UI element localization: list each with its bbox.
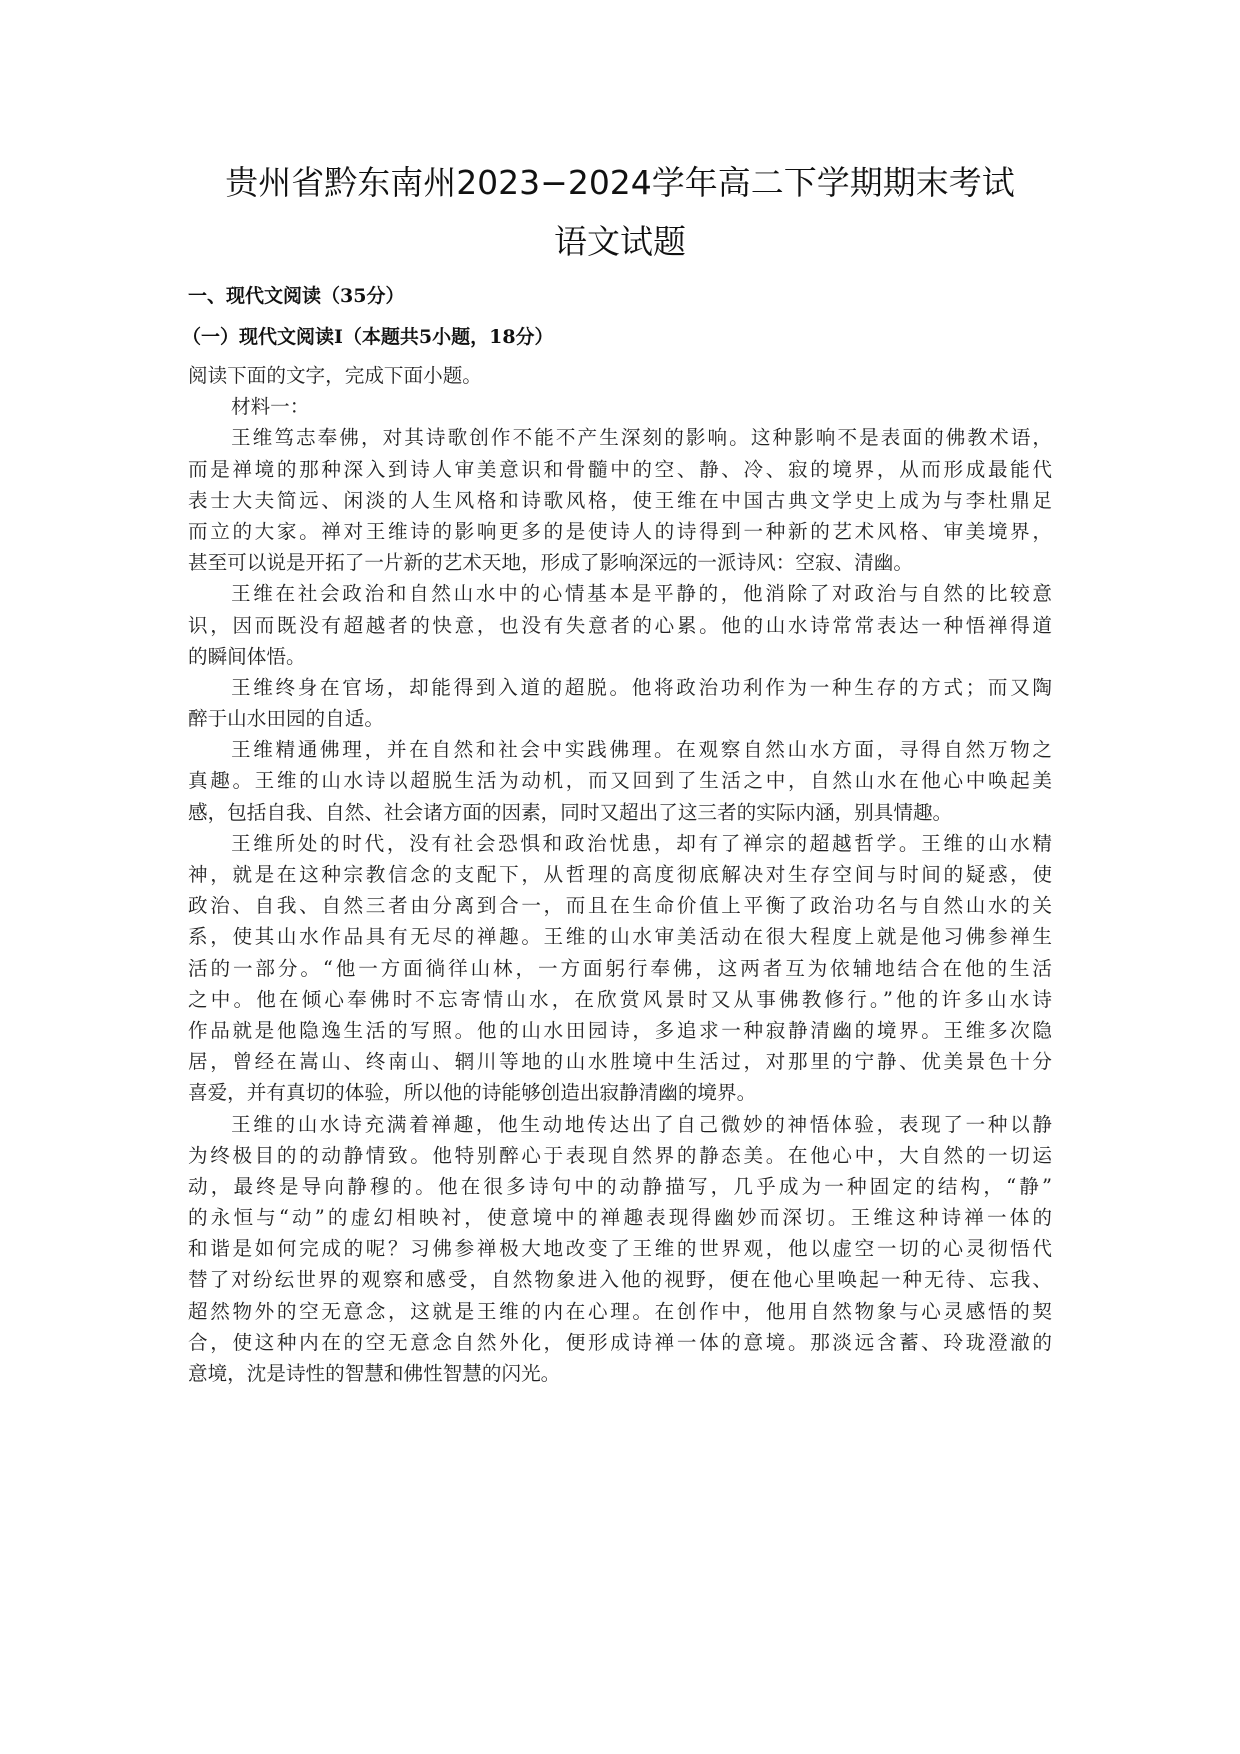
paragraph-3: 王维终身在官场，却能得到入道的超脱。他将政治功利作为一种生存的方式；而又陶 醉于… — [188, 672, 1052, 734]
paragraph-line: 而立的大家。禅对王维诗的影响更多的是使诗人的诗得到一种新的艺术风格、审美境界， — [188, 516, 1052, 547]
paragraph-line: 之中。他在倾心奉佛时不忘寄情山水，在欣赏风景时又从事佛教修行。”他的许多山水诗 — [188, 984, 1052, 1015]
paragraph-line: 动，最终是导向静穆的。他在很多诗句中的动静描写，几乎成为一种固定的结构，“静” — [188, 1171, 1052, 1202]
exam-title: 贵州省黔东南州2023−2024学年高二下学期期末考试 — [188, 163, 1052, 203]
paragraph-line: 和谐是如何完成的呢？习佛参禅极大地改变了王维的世界观，他以虚空一切的心灵彻悟代 — [188, 1233, 1052, 1264]
paragraph-line: 喜爱，并有真切的体验，所以他的诗能够创造出寂静清幽的境界。 — [188, 1077, 1052, 1108]
paragraph-line: 超然物外的空无意念，这就是王维的内在心理。在创作中，他用自然物象与心灵感悟的契 — [188, 1296, 1052, 1327]
subsection-heading: （一）现代文阅读Ⅰ（本题共5小题，18分） — [182, 325, 554, 349]
paragraph-2: 王维在社会政治和自然山水中的心情基本是平静的，他消除了对政治与自然的比较意 识，… — [188, 578, 1052, 672]
paragraph-line: 甚至可以说是开拓了一片新的艺术天地，形成了影响深远的一派诗风：空寂、清幽。 — [188, 547, 1052, 578]
paragraph-line: 王维所处的时代，没有社会恐惧和政治忧患，却有了禅宗的超越哲学。王维的山水精 — [188, 828, 1052, 859]
paragraph-5: 王维所处的时代，没有社会恐惧和政治忧患，却有了禅宗的超越哲学。王维的山水精 神，… — [188, 828, 1052, 1109]
paragraph-line: 王维在社会政治和自然山水中的心情基本是平静的，他消除了对政治与自然的比较意 — [188, 578, 1052, 609]
paragraph-line: 表士大夫简远、闲淡的人生风格和诗歌风格，使王维在中国古典文学史上成为与李杜鼎足 — [188, 485, 1052, 516]
paragraph-line: 真趣。王维的山水诗以超脱生活为动机，而又回到了生活之中，自然山水在他心中唤起美 — [188, 765, 1052, 796]
paragraph-line: 居，曾经在嵩山、终南山、辋川等地的山水胜境中生活过，对那里的宁静、优美景色十分 — [188, 1046, 1052, 1077]
paragraph-line: 为终极目的的动静情致。他特别醉心于表现自然界的静态美。在他心中，大自然的一切运 — [188, 1140, 1052, 1171]
paragraph-line: 醉于山水田园的自适。 — [188, 703, 1052, 734]
reading-passage: 阅读下面的文字，完成下面小题。 材料一： 王维笃志奉佛，对其诗歌创作不能不产生深… — [188, 360, 1052, 1389]
material-label: 材料一： — [188, 391, 1052, 422]
paragraph-1: 王维笃志奉佛，对其诗歌创作不能不产生深刻的影响。这种影响不是表面的佛教术语， 而… — [188, 422, 1052, 578]
paragraph-6: 王维的山水诗充满着禅趣，他生动地传达出了自己微妙的神悟体验，表现了一种以静 为终… — [188, 1109, 1052, 1390]
instruction-text: 阅读下面的文字，完成下面小题。 — [188, 360, 1052, 391]
section-heading: 一、现代文阅读（35分） — [188, 284, 404, 308]
paragraph-line: 感，包括自我、自然、社会诸方面的因素，同时又超出了这三者的实际内涵，别具情趣。 — [188, 797, 1052, 828]
paragraph-line: 的瞬间体悟。 — [188, 641, 1052, 672]
paragraph-line: 政治、自我、自然三者由分离到合一，而且在生命价值上平衡了政治功名与自然山水的关 — [188, 890, 1052, 921]
paragraph-line: 意境，沈是诗性的智慧和佛性智慧的闪光。 — [188, 1358, 1052, 1389]
paragraph-line: 活的一部分。“他一方面徜徉山林，一方面躬行奉佛，这两者互为依辅地结合在他的生活 — [188, 953, 1052, 984]
paragraph-line: 王维笃志奉佛，对其诗歌创作不能不产生深刻的影响。这种影响不是表面的佛教术语， — [188, 422, 1052, 453]
paragraph-line: 王维精通佛理，并在自然和社会中实践佛理。在观察自然山水方面，寻得自然万物之 — [188, 734, 1052, 765]
paragraph-line: 作品就是他隐逸生活的写照。他的山水田园诗，多追求一种寂静清幽的境界。王维多次隐 — [188, 1015, 1052, 1046]
paragraph-line: 而是禅境的那种深入到诗人审美意识和骨髓中的空、静、冷、寂的境界，从而形成最能代 — [188, 454, 1052, 485]
paragraph-line: 替了对纷纭世界的观察和感受，自然物象进入他的视野，便在他心里唤起一种无待、忘我、 — [188, 1264, 1052, 1295]
exam-subject-title: 语文试题 — [188, 222, 1052, 262]
paragraph-line: 王维的山水诗充满着禅趣，他生动地传达出了自己微妙的神悟体验，表现了一种以静 — [188, 1109, 1052, 1140]
paragraph-4: 王维精通佛理，并在自然和社会中实践佛理。在观察自然山水方面，寻得自然万物之 真趣… — [188, 734, 1052, 828]
paragraph-line: 王维终身在官场，却能得到入道的超脱。他将政治功利作为一种生存的方式；而又陶 — [188, 672, 1052, 703]
paragraph-line: 神，就是在这种宗教信念的支配下，从哲理的高度彻底解决对生存空间与时间的疑惑，使 — [188, 859, 1052, 890]
paragraph-line: 系，使其山水作品具有无尽的禅趣。王维的山水审美活动在很大程度上就是他习佛参禅生 — [188, 921, 1052, 952]
paragraph-line: 的永恒与“动”的虚幻相映衬，使意境中的禅趣表现得幽妙而深切。王维这种诗禅一体的 — [188, 1202, 1052, 1233]
paragraph-line: 合，使这种内在的空无意念自然外化，便形成诗禅一体的意境。那淡远含蓄、玲珑澄澈的 — [188, 1327, 1052, 1358]
paragraph-line: 识，因而既没有超越者的快意，也没有失意者的心累。他的山水诗常常表达一种悟禅得道 — [188, 610, 1052, 641]
